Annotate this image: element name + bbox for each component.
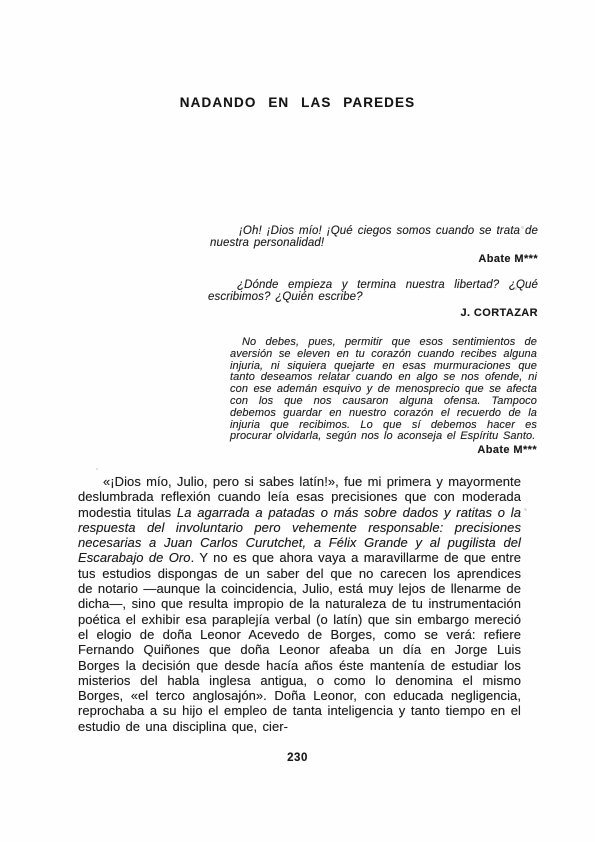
epigraph-quote: ¿Dónde empieza y termina nuestra liberta…	[208, 280, 538, 304]
epigraph-block-2: ¿Dónde empieza y termina nuestra liberta…	[208, 280, 538, 319]
epigraph-quote: No debes, pues, permitir que esos sentim…	[230, 337, 537, 443]
epigraph-attribution: Abate M***	[210, 253, 538, 265]
epigraph-attribution: Abate M***	[230, 444, 537, 456]
epigraph-attribution: J. CORTAZAR	[208, 307, 538, 319]
book-page: NADANDO EN LAS PAREDES ¡Oh! ¡Dios mío! ¡…	[0, 0, 595, 842]
epigraph-block-1: ¡Oh! ¡Dios mío! ¡Qué ciegos somos cuando…	[210, 226, 538, 265]
page-title: NADANDO EN LAS PAREDES	[0, 95, 595, 110]
scan-speck	[96, 468, 98, 470]
scan-speck	[514, 287, 517, 290]
page-number: 230	[0, 752, 595, 764]
body-paragraph: «¡Dios mío, Julio, pero si sabes latín!»…	[78, 474, 521, 734]
epigraph-block-3: No debes, pues, permitir que esos sentim…	[230, 337, 537, 456]
scan-speck	[524, 508, 527, 511]
epigraph-quote: ¡Oh! ¡Dios mío! ¡Qué ciegos somos cuando…	[210, 226, 538, 250]
body-text-segment: . Y no es que ahora vaya a maravillarme …	[78, 550, 521, 733]
scan-speck	[521, 226, 524, 229]
